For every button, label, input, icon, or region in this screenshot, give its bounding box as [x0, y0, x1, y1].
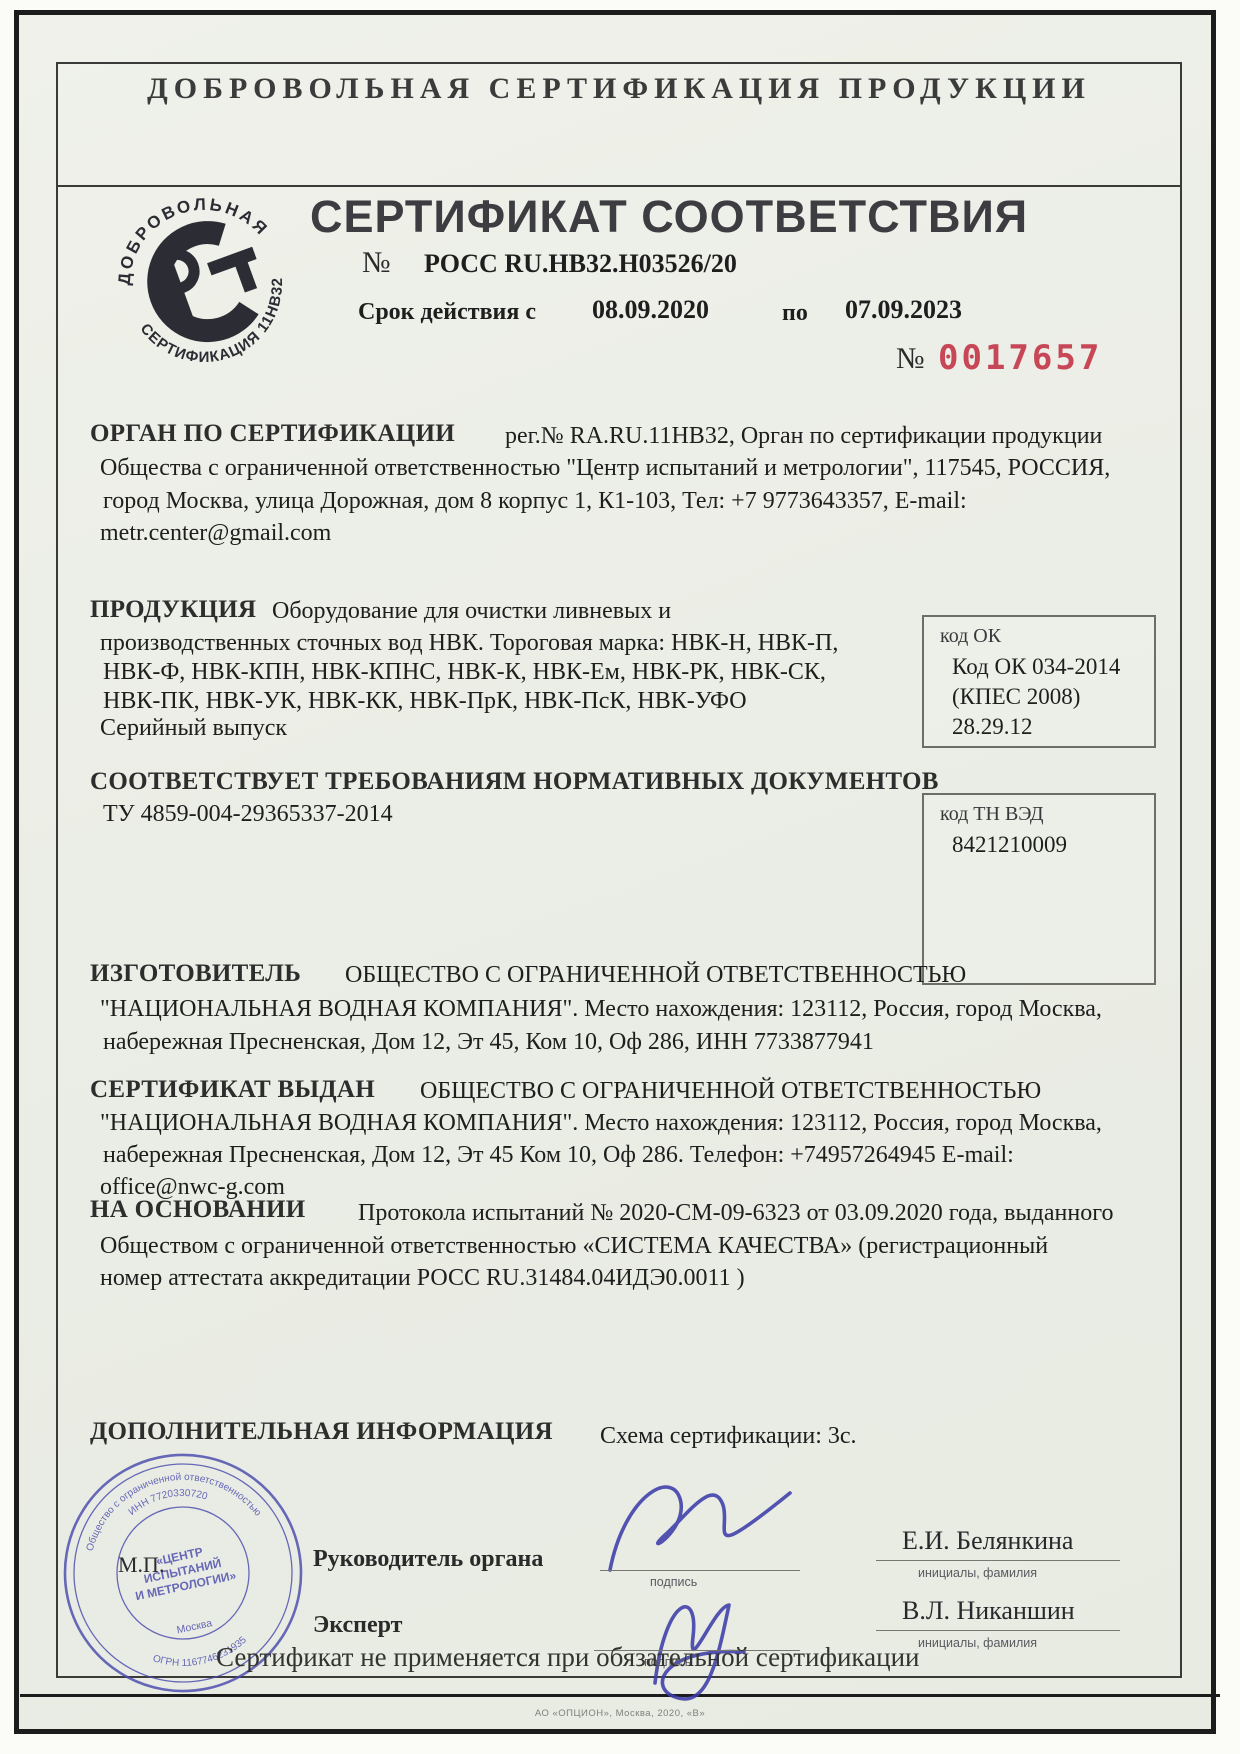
org-label: ОРГАН ПО СЕРТИФИКАЦИИ — [90, 420, 455, 448]
ok-code-line: 28.29.12 — [952, 712, 1148, 742]
org-text-line: город Москва, улица Дорожная, дом 8 корп… — [103, 488, 967, 515]
rst-logo: ДОБРОВОЛЬНАЯ СЕРТИФИКАЦИЯ 11НВ32 — [100, 180, 308, 388]
ok-code-box: код ОК Код ОК 034-2014 (КПЕС 2008) 28.29… — [922, 615, 1156, 748]
banner-title: ДОБРОВОЛЬНАЯ СЕРТИФИКАЦИЯ ПРОДУКЦИИ — [56, 72, 1182, 106]
expert-role-label: Эксперт — [313, 1612, 402, 1639]
svg-text:Общество с ограниченной ответс: Общество с ограниченной ответственностью — [73, 1455, 265, 1555]
basis-inline-text: Протокола испытаний № 2020-СМ-09-6323 от… — [358, 1200, 1113, 1227]
product-inline-text: Оборудование для очистки ливневых и — [272, 598, 671, 625]
conforms-value: ТУ 4859-004-29365337-2014 — [103, 801, 393, 828]
head-signature-ink — [610, 1487, 790, 1570]
expert-name-line — [876, 1630, 1120, 1631]
name-caption: инициалы, фамилия — [918, 1566, 1037, 1580]
head-name: Е.И. Белянкина — [902, 1526, 1073, 1556]
issued-to-text-line: набережная Пресненская, Дом 12, Эт 45 Ко… — [103, 1142, 1014, 1169]
head-name-line — [876, 1560, 1120, 1561]
basis-text-line: номер аттестата аккредитации РОСС RU.314… — [100, 1265, 745, 1292]
additional-info-label: ДОПОЛНИТЕЛЬНАЯ ИНФОРМАЦИЯ — [90, 1418, 553, 1446]
issued-to-label: СЕРТИФИКАТ ВЫДАН — [90, 1076, 375, 1104]
certificate-title: СЕРТИФИКАТ СООТВЕТСТВИЯ — [310, 191, 1028, 243]
blank-number: 0017657 — [938, 338, 1102, 378]
handwritten-signatures — [575, 1445, 835, 1715]
valid-to-label: по — [782, 300, 808, 327]
cert-number: РОСС RU.HB32.H03526/20 — [424, 249, 737, 279]
issued-to-inline-text: ОБЩЕСТВО С ОГРАНИЧЕННОЙ ОТВЕТСТВЕННОСТЬЮ — [420, 1078, 1041, 1105]
valid-from-date: 08.09.2020 — [592, 295, 709, 325]
head-signature-line — [600, 1570, 800, 1571]
cert-number-sign: № — [362, 246, 391, 280]
org-inline-text: рег.№ RA.RU.11НВ32, Орган по сертификаци… — [505, 423, 1102, 450]
print-footer: АО «ОПЦИОН», Москва, 2020, «В» — [0, 1708, 1240, 1719]
manufacturer-inline-text: ОБЩЕСТВО С ОГРАНИЧЕННОЙ ОТВЕТСТВЕННОСТЬЮ — [345, 962, 966, 989]
product-label: ПРОДУКЦИЯ — [90, 596, 256, 624]
stamp-outer-arc-text: Общество с ограниченной ответственностью — [73, 1455, 265, 1555]
basis-label: НА ОСНОВАНИИ — [90, 1196, 306, 1224]
valid-to-date: 07.09.2023 — [845, 295, 962, 325]
ok-code-line: (КПЕС 2008) — [952, 682, 1148, 712]
name-caption: инициалы, фамилия — [918, 1636, 1037, 1650]
manufacturer-label: ИЗГОТОВИТЕЛЬ — [90, 960, 301, 988]
tnved-value: 8421210009 — [952, 830, 1148, 860]
basis-text-line: Обществом с ограниченной ответственность… — [100, 1233, 1048, 1260]
blank-number-sign: № — [896, 342, 925, 376]
conforms-label: СООТВЕТСТВУЕТ ТРЕБОВАНИЯМ НОРМАТИВНЫХ ДО… — [90, 768, 939, 796]
stamp-place-mark: М.П. — [118, 1552, 164, 1578]
ok-code-line: Код ОК 034-2014 — [952, 652, 1148, 682]
tnved-label: код ТН ВЭД — [940, 803, 1148, 826]
product-text-line: НВК-Ф, НВК-КПН, НВК-КПНС, НВК-К, НВК-Ем,… — [103, 659, 826, 686]
org-text-line: metr.center@gmail.com — [100, 520, 331, 547]
product-text-line: НВК-ПК, НВК-УК, НВК-КК, НВК-ПрК, НВК-ПсК… — [103, 688, 747, 715]
footer-note: Сертификат не применяется при обязательн… — [216, 1642, 919, 1673]
certificate-page: ДОБРОВОЛЬНАЯ СЕРТИФИКАЦИЯ ПРОДУКЦИИ ДОБР… — [0, 0, 1240, 1754]
expert-name: В.Л. Никаншин — [902, 1596, 1075, 1626]
tnved-code-box: код ТН ВЭД 8421210009 — [922, 793, 1156, 985]
validity-label: Срок действия с — [358, 299, 536, 326]
manufacturer-text-line: "НАЦИОНАЛЬНАЯ ВОДНАЯ КОМПАНИЯ". Место на… — [100, 996, 1102, 1023]
manufacturer-text-line: набережная Пресненская, Дом 12, Эт 45, К… — [103, 1029, 874, 1056]
product-text-line: Серийный выпуск — [100, 715, 287, 742]
issued-to-text-line: "НАЦИОНАЛЬНАЯ ВОДНАЯ КОМПАНИЯ". Место на… — [100, 1110, 1102, 1137]
product-text-line: производственных сточных вод НВК. Торого… — [100, 630, 838, 657]
org-text-line: Общества с ограниченной ответственностью… — [100, 455, 1110, 482]
signature-caption: подпись — [650, 1575, 697, 1589]
head-role-label: Руководитель органа — [313, 1546, 543, 1573]
ok-code-label: код ОК — [940, 625, 1148, 648]
